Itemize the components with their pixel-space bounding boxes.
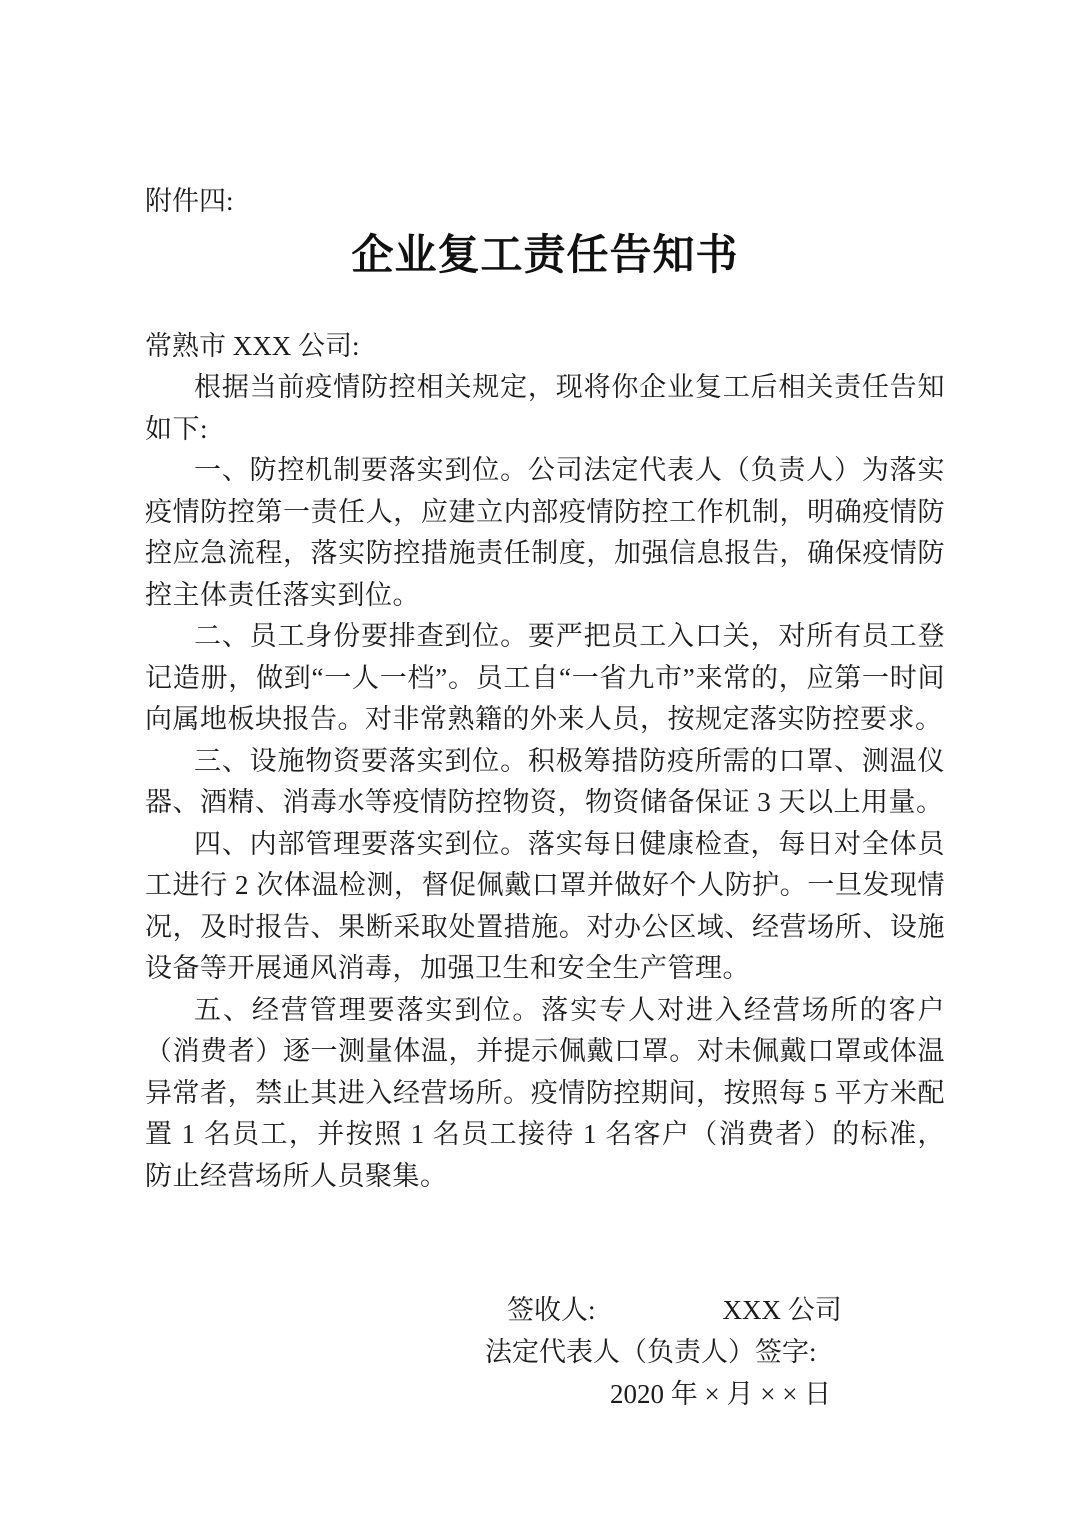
signature-date: 2020 年 × 月 × × 日 bbox=[145, 1373, 945, 1415]
signature-signer-label: 法定代表人（负责人）签字: bbox=[145, 1331, 945, 1373]
paragraph-item-2: 二、员工身份要排查到位。要严把员工入口关，对所有员工登记造册，做到“一人一档”。… bbox=[145, 616, 945, 741]
signature-block: 签收人:XXX 公司 法定代表人（负责人）签字: 2020 年 × 月 × × … bbox=[145, 1289, 945, 1415]
paragraph-item-4: 四、内部管理要落实到位。落实每日健康检查，每日对全体员工进行 2 次体温检测，督… bbox=[145, 824, 945, 990]
paragraph-item-5: 五、经营管理要落实到位。落实专人对进入经营场所的客户（消费者）逐一测量体温，并提… bbox=[145, 990, 945, 1198]
signature-recipient-row: 签收人:XXX 公司 bbox=[145, 1289, 945, 1331]
salutation-line: 常熟市 XXX 公司: bbox=[145, 325, 945, 367]
signature-recipient-value: XXX 公司 bbox=[723, 1295, 842, 1325]
attachment-label: 附件四: bbox=[145, 186, 945, 217]
paragraph-item-3: 三、设施物资要落实到位。积极筹措防疫所需的口罩、测温仪器、酒精、消毒水等疫情防控… bbox=[145, 741, 945, 824]
document-title: 企业复工责任告知书 bbox=[145, 228, 945, 282]
intro-paragraph: 根据当前疫情防控相关规定，现将你企业复工后相关责任告知如下: bbox=[145, 367, 945, 450]
document-page: 附件四: 企业复工责任告知书 常熟市 XXX 公司: 根据当前疫情防控相关规定，… bbox=[0, 0, 1080, 1527]
paragraph-item-1: 一、防控机制要落实到位。公司法定代表人（负责人）为落实疫情防控第一责任人，应建立… bbox=[145, 450, 945, 616]
signature-recipient-label: 签收人: bbox=[507, 1295, 596, 1325]
